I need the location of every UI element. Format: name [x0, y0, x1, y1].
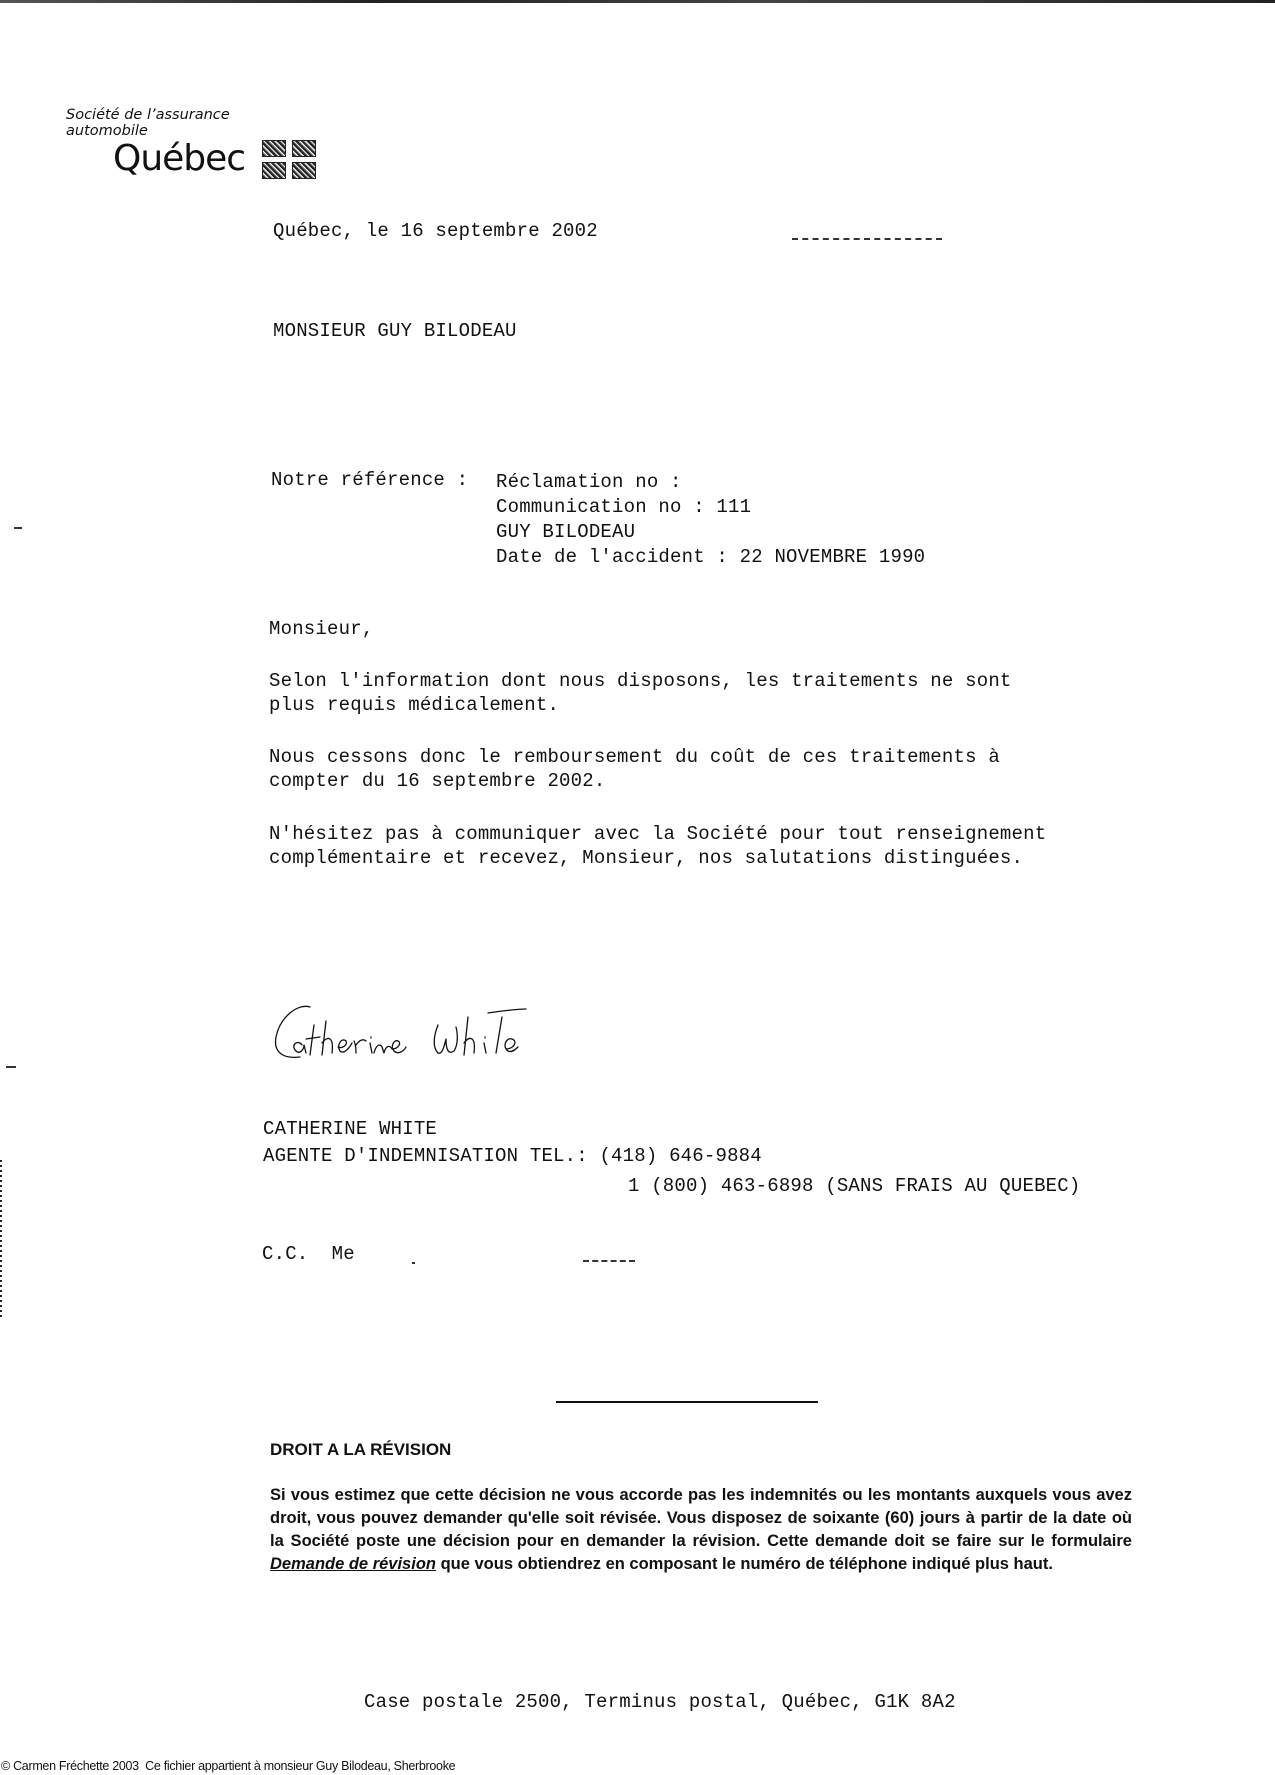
- signer-title-and-phone: AGENTE D'INDEMNISATION TEL.: (418) 646-9…: [263, 1145, 762, 1167]
- revision-title: DROIT A LA RÉVISION: [270, 1440, 451, 1460]
- scan-speck: [14, 527, 22, 529]
- signer-toll-free-phone: 1 (800) 463-6898 (SANS FRAIS AU QUEBEC): [628, 1175, 1080, 1197]
- revision-body-text: Si vous estimez que cette décision ne vo…: [270, 1486, 1132, 1550]
- paragraph-3-line-2: complémentaire et recevez, Monsieur, nos…: [269, 847, 1023, 869]
- quebec-fleurdelise-flag-icon: [262, 140, 318, 180]
- letter-date: Québec, le 16 septembre 2002: [273, 220, 598, 242]
- reference-claim-no: Réclamation no :: [496, 471, 682, 493]
- reference-label: Notre référence :: [271, 469, 468, 491]
- footer-copyright: © Carmen Fréchette 2003 Ce fichier appar…: [1, 1759, 455, 1773]
- paragraph-1-line-1: Selon l'information dont nous disposons,…: [269, 670, 1012, 692]
- paragraph-2-line-2: compter du 16 septembre 2002.: [269, 770, 605, 792]
- logo-wordmark: Québec: [113, 138, 245, 179]
- revision-form-link[interactable]: Demande de révision: [270, 1555, 436, 1573]
- scan-edge-line: [0, 0, 1275, 3]
- paragraph-3-line-1: N'hésitez pas à communiquer avec la Soci…: [269, 823, 1046, 845]
- reference-accident-date: Date de l'accident : 22 NOVEMBRE 1990: [496, 546, 925, 568]
- redacted-reference-mark: [792, 238, 942, 240]
- paragraph-2-line-1: Nous cessons donc le remboursement du co…: [269, 746, 1000, 768]
- paragraph-1-line-2: plus requis médicalement.: [269, 694, 559, 716]
- revision-body-text-end: que vous obtiendrez en composant le numé…: [436, 1555, 1053, 1573]
- redacted-cc-name: [583, 1260, 635, 1262]
- carbon-copy: C.C. Me: [262, 1243, 355, 1265]
- signer-name: CATHERINE WHITE: [263, 1118, 437, 1140]
- redacted-cc-mark: [412, 1262, 415, 1264]
- handwritten-signature: [270, 995, 630, 1065]
- revision-body: Si vous estimez que cette décision ne vo…: [270, 1484, 1132, 1576]
- logo-org-line1: Société de l’assurance: [66, 107, 230, 123]
- scan-margin-mark: [0, 1160, 2, 1320]
- reference-name: GUY BILODEAU: [496, 521, 635, 543]
- salutation: Monsieur,: [269, 618, 373, 640]
- section-divider: [556, 1401, 818, 1403]
- recipient-name: MONSIEUR GUY BILODEAU: [273, 320, 517, 342]
- footer-postal-address: Case postale 2500, Terminus postal, Québ…: [364, 1691, 956, 1713]
- logo-org-line2: automobile: [66, 123, 148, 139]
- reference-communication-no: Communication no : 111: [496, 496, 751, 518]
- scan-speck: [6, 1066, 16, 1068]
